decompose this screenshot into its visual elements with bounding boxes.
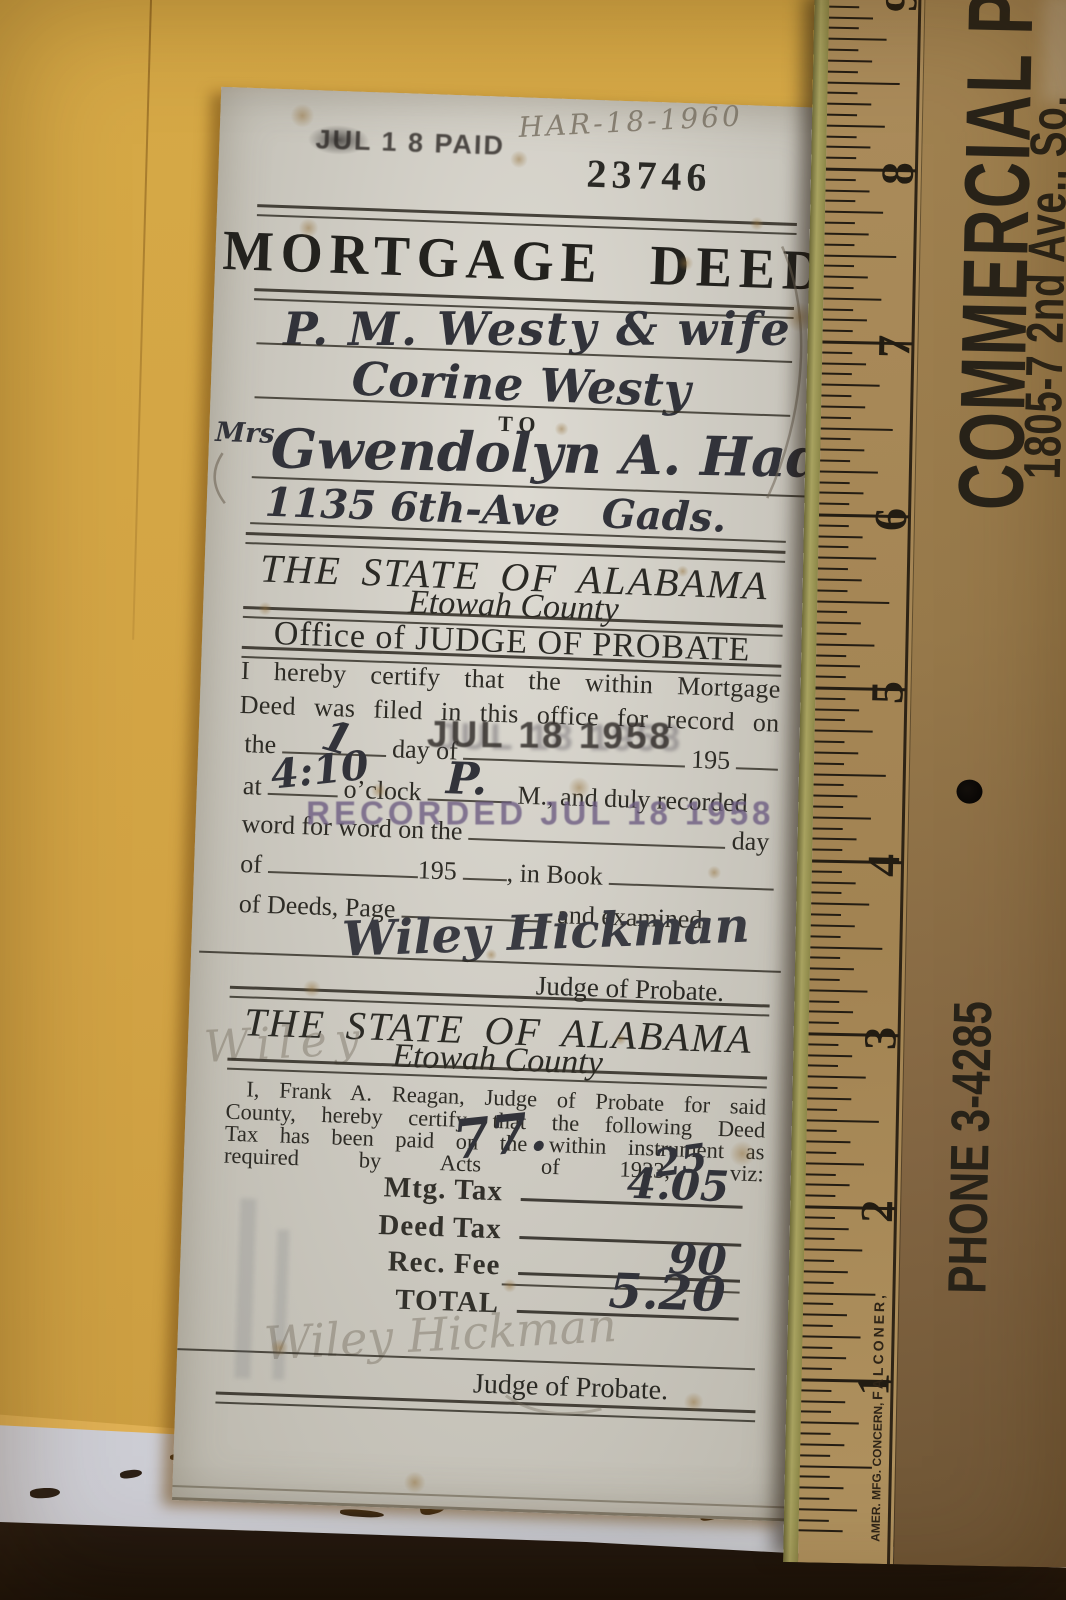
filed-date-stamp: JUL 18 1958	[427, 714, 674, 758]
paint-chip	[120, 1469, 143, 1480]
tax-label: Rec. Fee	[330, 1243, 519, 1283]
photo-of-mortgage-deed: HAR-18-1960 JUL 1 8 PAID 23746 MORTGAGE …	[0, 0, 1066, 1600]
inch-number: 3	[857, 1026, 903, 1050]
handwritten-figure-77: 77.	[450, 1098, 550, 1171]
inch-number: 7	[871, 335, 917, 359]
grantor-names-line1: P. M. Westy & wife	[283, 302, 792, 356]
paper-stain	[510, 150, 529, 169]
paint-chip	[340, 1508, 384, 1518]
year2-prefix: 195	[417, 855, 463, 887]
inch-number: 2	[854, 1199, 900, 1223]
pencil-signature-bottom: Wiley Hickman	[263, 1298, 618, 1370]
envelope-seam	[132, 0, 152, 640]
paint-chip	[30, 1487, 61, 1499]
recorded-date-stamp: RECORDED JUL 18 1958	[306, 794, 774, 832]
inch-number: 8	[875, 162, 921, 186]
paper-stain	[290, 103, 315, 128]
at-label: at	[236, 771, 268, 802]
time-blank: 4:10	[267, 767, 338, 797]
inch-number: 5	[864, 680, 910, 704]
tax-label: Deed Tax	[331, 1207, 520, 1247]
ruler-address-text: 1805-7 2nd Ave., So.	[1017, 94, 1066, 479]
grantee-prefix: Mrs	[215, 417, 275, 450]
pencil-date-note: HAR-18-1960	[518, 99, 744, 144]
book-blank	[608, 857, 774, 891]
year-prefix: 195	[685, 744, 737, 776]
document-number: 23746	[586, 150, 713, 201]
mortgage-deed-document: HAR-18-1960 JUL 1 8 PAID 23746 MORTGAGE …	[172, 87, 841, 1522]
in-book-label: , in Book	[506, 858, 609, 892]
tax-amount-line: 4.05	[521, 1180, 744, 1208]
ruler-maker-text-top: FALCONER,	[870, 1292, 886, 1400]
month2-blank	[268, 845, 419, 878]
year-blank	[736, 741, 779, 770]
ruler-phone-text: PHONE 3-4285	[940, 1001, 1000, 1295]
year2-blank	[462, 852, 507, 882]
tax-amount: 4.05	[626, 1159, 730, 1212]
inch-number: 6	[868, 507, 914, 531]
tax-amount: 5.20	[608, 1263, 727, 1323]
of-label: of	[234, 849, 269, 880]
inch-number: 4	[861, 853, 907, 877]
tax-label: Mtg. Tax	[332, 1169, 521, 1209]
inch-number: 9	[878, 0, 924, 13]
paper-stain	[403, 1471, 426, 1494]
stamp-smudge	[307, 124, 370, 156]
ruler-maker-text-bottom: AMER. MFG. CONCERN,	[869, 1402, 884, 1542]
wooden-ruler: 987654321 COMMERCIAL PRIN 1805-7 2nd Ave…	[783, 0, 1066, 1568]
